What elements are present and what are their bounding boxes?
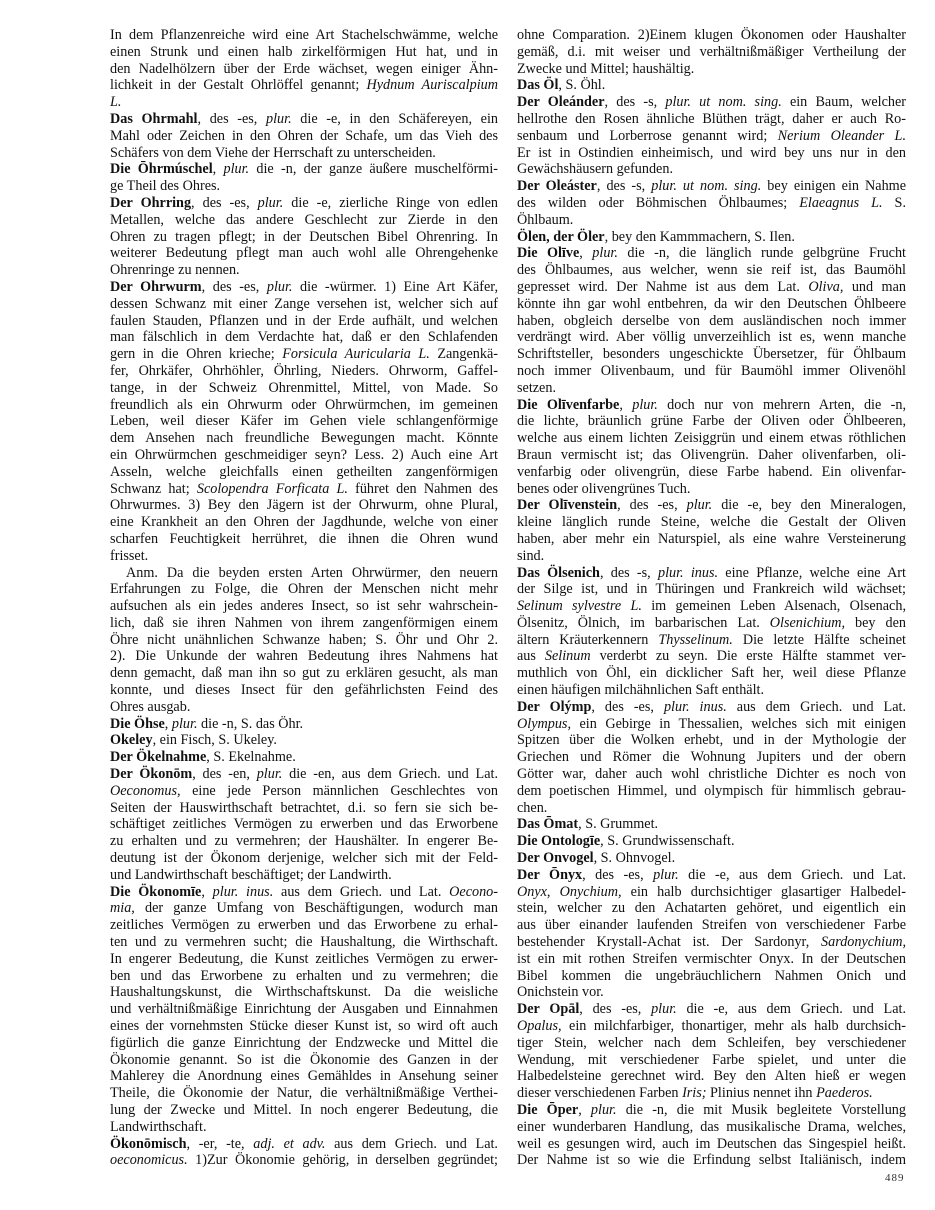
right-column: ohne Comparation. 2)Einem klugen Ökonome… bbox=[517, 27, 906, 1169]
text-line: ältern Kräuterkennern Thysselinum. Die l… bbox=[517, 632, 906, 649]
body-text: Landwirthschaft. bbox=[110, 1119, 207, 1135]
text-line: Der Ohrring, des -es, plur. die -e, zier… bbox=[110, 195, 498, 212]
body-text: In dem Pflanzenreiche wird eine Art Stac… bbox=[110, 27, 498, 43]
body-text: Ohrenringe zu nennen. bbox=[110, 262, 240, 278]
body-text: einen häufigen milchähnlichen Saft enthä… bbox=[517, 682, 764, 698]
body-text: aus bbox=[517, 648, 545, 664]
body-text: , des -es, bbox=[617, 497, 686, 513]
text-line: gepresset wird. Der Nahme ist aus dem La… bbox=[517, 279, 906, 296]
body-text: die -n, die mit Musik begleitete Vorstel… bbox=[617, 1102, 906, 1118]
body-text: , des -es, bbox=[191, 195, 258, 211]
body-text: des Öhlbaumes, aus welcher, wenn sie rei… bbox=[517, 262, 906, 278]
text-line: verdrängt wird. Aber völlig unverzeihlic… bbox=[517, 329, 906, 346]
body-text: , bbox=[213, 161, 224, 177]
body-text: Seiten der Hauswirthschaft betrachtet, d… bbox=[110, 800, 498, 816]
text-line: könnte ihn gar wohl entbehren, da wir de… bbox=[517, 296, 906, 313]
dictionary-entry: Der Olīvenstein, des -es, plur. die -e, … bbox=[517, 497, 906, 564]
text-line: und verhältnißmäßige Einrichtung der Aus… bbox=[110, 1001, 498, 1018]
headword: Der Ökelnahme bbox=[110, 749, 206, 765]
body-text: ein milchfarbiger, thonartiger, mehr als… bbox=[562, 1018, 906, 1034]
text-line: Ohren zu tragen pflegt; in der Deutschen… bbox=[110, 229, 498, 246]
italic-text: plur. bbox=[632, 397, 658, 413]
italic-text: Hydnum Auriscalpium bbox=[367, 77, 498, 93]
body-text: man fälschlich in dem Verdachte hat, daß… bbox=[110, 329, 498, 345]
headword: Die Ontologīe bbox=[517, 833, 600, 849]
text-line: Öhlbaum. bbox=[517, 212, 906, 229]
text-line: Onichstein vor. bbox=[517, 984, 906, 1001]
text-line: Opalus, ein milchfarbiger, thonartiger, … bbox=[517, 1018, 906, 1035]
body-text: Wendung, mit verschiedener Farbe spielet… bbox=[517, 1052, 906, 1068]
body-text: , S. Ekelnahme. bbox=[206, 749, 295, 765]
body-text: deutung ist der Ökonom derjenige, welche… bbox=[110, 850, 498, 866]
text-line: ein Ohrwürmchen geschmeidiger seyn? Less… bbox=[110, 447, 498, 464]
text-line: aufsuchen als ein jedes anderes Insect, … bbox=[110, 598, 498, 615]
dictionary-entry: Die Olīvenfarbe, plur. doch nur von mehr… bbox=[517, 397, 906, 498]
body-text: gemäß, d.i. mit weiser und verhältnißmäß… bbox=[517, 44, 906, 60]
text-line: sind. bbox=[517, 548, 906, 565]
body-text: und Landwirthschaft beschäftiget; der La… bbox=[110, 867, 392, 883]
text-line: Ohres ausgab. bbox=[110, 699, 498, 716]
text-line: aus über einander laufenden Streifen von… bbox=[517, 917, 906, 934]
dictionary-entry: Ökonōmisch, -er, -te, adj. et adv. aus d… bbox=[110, 1136, 498, 1170]
text-line: einen häufigen milchähnlichen Saft enthä… bbox=[517, 682, 906, 699]
body-text: Zwecke und Mittel; haushältig. bbox=[517, 61, 694, 77]
text-line: tiger Stein, welcher nach dem Schleifen,… bbox=[517, 1035, 906, 1052]
italic-text: L. bbox=[110, 94, 121, 110]
text-line: Seiten der Hauswirthschaft betrachtet, d… bbox=[110, 800, 498, 817]
body-text: Götter war, daher auch wohl christliche … bbox=[517, 766, 906, 782]
italic-text: adj. et adv. bbox=[253, 1136, 325, 1152]
body-text: die -e, in den Schäfereyen, ein bbox=[292, 111, 498, 127]
text-line: Der Ökelnahme, S. Ekelnahme. bbox=[110, 749, 498, 766]
text-line: zeitliches Vermögen zu erwerben und das … bbox=[110, 917, 498, 934]
text-line: benes oder olivengrünes Tuch. bbox=[517, 481, 906, 498]
body-text: bey den bbox=[845, 615, 906, 631]
body-text: frisset. bbox=[110, 548, 148, 564]
body-text: konnte, und dieses Insect für den gefähr… bbox=[110, 682, 498, 698]
text-line: und Landwirthschaft beschäftiget; der La… bbox=[110, 867, 498, 884]
text-line: mia, der ganze Umfang von Beschäftigunge… bbox=[110, 900, 498, 917]
body-text: ein Gebirge in Thessalien, welches sich … bbox=[571, 716, 906, 732]
text-line: Griechen und Römer die Wohnung Jupiters … bbox=[517, 749, 906, 766]
body-text: Schwanz hat; bbox=[110, 481, 197, 497]
italic-text: Oliva, bbox=[808, 279, 843, 295]
text-line: haben, aber mehr ein Naturspiel, als ein… bbox=[517, 531, 906, 548]
body-text: muthlich von Öhl, ein dicklicher Saft he… bbox=[517, 665, 906, 681]
body-text: tange, in der Schweiz Ohrenmittel, Mitte… bbox=[110, 380, 498, 396]
headword: Die Ökonomīe bbox=[110, 884, 201, 900]
body-text: den Nadelhölzern über der Erde wächset, … bbox=[110, 61, 498, 77]
dictionary-entry: Der Ohrwurm, des -es, plur. die -würmer.… bbox=[110, 279, 498, 565]
body-text: die -e, aus dem Griech. und Lat. bbox=[677, 1001, 906, 1017]
dictionary-entry: Der Ökelnahme, S. Ekelnahme. bbox=[110, 749, 498, 766]
body-text: Onichstein vor. bbox=[517, 984, 604, 1000]
italic-text: plur. bbox=[687, 497, 713, 513]
dictionary-entry: Der Olýmp, des -es, plur. inus. aus dem … bbox=[517, 699, 906, 817]
text-line: Mahlerey die Anordnung eines Gemähldes i… bbox=[110, 1068, 498, 1085]
headword: Die Ōhrmúschel bbox=[110, 161, 213, 177]
dictionary-entry: Die Ontologīe, S. Grundwissenschaft. bbox=[517, 833, 906, 850]
body-text: verderbt zu seyn. Die erste Hälfte stamm… bbox=[591, 648, 906, 664]
text-line: Oeconomus, eine jede Person männlichen G… bbox=[110, 783, 498, 800]
body-text: Asseln, welche gleichfalls einen getheil… bbox=[110, 464, 498, 480]
body-text: Metallen, welche das andere Geschlecht z… bbox=[110, 212, 498, 228]
text-line: In dem Pflanzenreiche wird eine Art Stac… bbox=[110, 27, 498, 44]
text-line: chen. bbox=[517, 800, 906, 817]
body-text: und verhältnißmäßige Einrichtung der Aus… bbox=[110, 1001, 498, 1017]
headword: Die Olīvenfarbe bbox=[517, 397, 619, 413]
body-text: haben, aber mehr ein Naturspiel, als ein… bbox=[517, 531, 906, 547]
body-text: aus dem Griech. und Lat. bbox=[273, 884, 449, 900]
text-line: Bibel kommen die ungebräuchlichern Nahme… bbox=[517, 968, 906, 985]
dictionary-entry: Der Onvogel, S. Ohnvogel. bbox=[517, 850, 906, 867]
text-line: lung der Zwecke und Mittel. In noch enge… bbox=[110, 1102, 498, 1119]
dictionary-entry: Der Oleánder, des -s, plur. ut nom. sing… bbox=[517, 94, 906, 178]
text-line: stein, welcher zu den Achatarten gehöret… bbox=[517, 900, 906, 917]
dictionary-entry: Die Ōper, plur. die -n, die mit Musik be… bbox=[517, 1102, 906, 1169]
body-text: die -e, aus dem Griech. und Lat. bbox=[679, 867, 906, 883]
body-text: und man bbox=[843, 279, 906, 295]
body-text: , des -es, bbox=[197, 111, 266, 127]
text-line: Wendung, mit verschiedener Farbe spielet… bbox=[517, 1052, 906, 1069]
italic-text: plur. bbox=[653, 867, 679, 883]
italic-text: plur. bbox=[258, 195, 284, 211]
text-line: Ölsenitz, Ölnich, im barbarischen Lat. O… bbox=[517, 615, 906, 632]
body-text: eine Pflanze, welche eine Art bbox=[718, 565, 906, 581]
body-text: verdrängt wird. Aber völlig unverzeihlic… bbox=[517, 329, 906, 345]
text-line: kleine länglich runde Steine, welche die… bbox=[517, 514, 906, 531]
left-column: In dem Pflanzenreiche wird eine Art Stac… bbox=[110, 27, 498, 1169]
text-line: Die Olīve, plur. die -n, die länglich ru… bbox=[517, 245, 906, 262]
dictionary-entry: Die Olīve, plur. die -n, die länglich ru… bbox=[517, 245, 906, 396]
text-line: Selinum sylvestre L. im gemeinen Leben A… bbox=[517, 598, 906, 615]
dictionary-entry: ohne Comparation. 2)Einem klugen Ökonome… bbox=[517, 27, 906, 77]
text-line: ge Theil des Ohres. bbox=[110, 178, 498, 195]
body-text: ben und das Erworbene zu erhalten und zu… bbox=[110, 968, 498, 984]
text-line: Erfahrungen zu Folge, die Ohren der Mens… bbox=[110, 581, 498, 598]
text-line: Götter war, daher auch wohl christliche … bbox=[517, 766, 906, 783]
headword: Der Oleánder bbox=[517, 94, 605, 110]
text-line: schäftiget zeitliches Vermögen zu erwerb… bbox=[110, 816, 498, 833]
body-text: fer, Ohrkäfer, Ohrhöhler, Öhrling, Niede… bbox=[110, 363, 498, 379]
text-line: Haushaltungskunst, die Wirthschaftskunst… bbox=[110, 984, 498, 1001]
dictionary-entry: In dem Pflanzenreiche wird eine Art Stac… bbox=[110, 27, 498, 111]
italic-text: Olympus, bbox=[517, 716, 571, 732]
text-line: Landwirthschaft. bbox=[110, 1119, 498, 1136]
body-text: , S. Ohnvogel. bbox=[594, 850, 676, 866]
headword: Die Ōper bbox=[517, 1102, 578, 1118]
headword: Der Ōnyx bbox=[517, 867, 582, 883]
italic-text: Oecono- bbox=[449, 884, 498, 900]
headword: Das Ohrmahl bbox=[110, 111, 197, 127]
text-line: aus Selinum verderbt zu seyn. Die erste … bbox=[517, 648, 906, 665]
headword: Ölen, der Öler bbox=[517, 229, 605, 245]
page-number: 489 bbox=[885, 1172, 905, 1184]
body-text: könnte ihn gar wohl entbehren, da wir de… bbox=[517, 296, 906, 312]
text-line: Die Olīvenfarbe, plur. doch nur von mehr… bbox=[517, 397, 906, 414]
body-text: doch nur von mehrern Arten, die -n, bbox=[658, 397, 906, 413]
body-text: Schäfers von dem Viehe der Herrschaft zu… bbox=[110, 145, 436, 161]
body-text: Bibel kommen die ungebräuchlichern Nahme… bbox=[517, 968, 906, 984]
text-line: Der Ohrwurm, des -es, plur. die -würmer.… bbox=[110, 279, 498, 296]
text-line: Öhre nicht unähnlichen Schwanze haben; S… bbox=[110, 632, 498, 649]
text-line: Der Opāl, des -es, plur. die -e, aus dem… bbox=[517, 1001, 906, 1018]
italic-text: Selinum bbox=[545, 648, 591, 664]
italic-text: plur. bbox=[591, 1102, 617, 1118]
body-text: die -n, S. das Öhr. bbox=[198, 716, 304, 732]
text-line: ben und das Erworbene zu erhalten und zu… bbox=[110, 968, 498, 985]
body-text: Öhlbaum. bbox=[517, 212, 573, 228]
body-text: , des -es, bbox=[579, 1001, 651, 1017]
body-text: aus dem Griech. und Lat. bbox=[325, 1136, 498, 1152]
text-line: Das Ohrmahl, des -es, plur. die -e, in d… bbox=[110, 111, 498, 128]
italic-text: plur. inus. bbox=[664, 699, 727, 715]
text-line: L. bbox=[110, 94, 498, 111]
text-line: ist ein mit rothen Streifen vermischter … bbox=[517, 951, 906, 968]
text-line: frisset. bbox=[110, 548, 498, 565]
text-line: dem Ansehen nach freundliche Bewegungen … bbox=[110, 430, 498, 447]
dictionary-entry: Der Ōnyx, des -es, plur. die -e, aus dem… bbox=[517, 867, 906, 1001]
body-text: führet den Nahmen des bbox=[348, 481, 498, 497]
headword: Der Oleáster bbox=[517, 178, 597, 194]
body-text: Gewächshäusern gefunden. bbox=[517, 161, 673, 177]
body-text: , des -en, bbox=[192, 766, 256, 782]
body-text: Halbedelsteine gerechnet wird. Bey den A… bbox=[517, 1068, 906, 1084]
text-line: weil es gesungen wird, auch im Deutschen… bbox=[517, 1136, 906, 1153]
body-text: zu erhalten und zu vermehren; der Haushä… bbox=[110, 833, 498, 849]
dictionary-entry: Der Opāl, des -es, plur. die -e, aus dem… bbox=[517, 1001, 906, 1102]
italic-text: Oeconomus, bbox=[110, 783, 181, 799]
body-text: eine jede Person männlichen Geschlechtes… bbox=[181, 783, 498, 799]
headword: Der Ohrring bbox=[110, 195, 191, 211]
text-line: Zwecke und Mittel; haushältig. bbox=[517, 61, 906, 78]
body-text: S. bbox=[883, 195, 906, 211]
body-text: , ein Fisch, S. Ukeley. bbox=[153, 732, 277, 748]
body-text: dem poetischen Himmel, und olympisch für… bbox=[517, 783, 906, 799]
dictionary-entry: Okeley, ein Fisch, S. Ukeley. bbox=[110, 732, 498, 749]
body-text: dieser verschiedenen Farben bbox=[517, 1085, 682, 1101]
text-line: denn gemacht, daß man ihn so gut zu erkl… bbox=[110, 665, 498, 682]
body-text: 2). Die Unkunde der wahren Bedeutung ihr… bbox=[110, 648, 498, 664]
body-text: Mahlerey die Anordnung eines Gemähldes i… bbox=[110, 1068, 498, 1084]
body-text: die -e, zierliche Ringe von edlen bbox=[283, 195, 498, 211]
body-text: lung der Zwecke und Mittel. In noch enge… bbox=[110, 1102, 498, 1118]
text-line: konnte, und dieses Insect für den gefähr… bbox=[110, 682, 498, 699]
body-text: bestehender Krystall-Achat ist. Der Sard… bbox=[517, 934, 821, 950]
text-line: des wilden oder Böhmischen Öhlbaumes; El… bbox=[517, 195, 906, 212]
italic-text: plur. ut nom. sing. bbox=[665, 94, 781, 110]
body-text: , bbox=[201, 884, 212, 900]
body-text: , des -es, bbox=[582, 867, 653, 883]
body-text: weiterer Bedeutung pflegt man auch wohl … bbox=[110, 245, 498, 261]
headword: Der Opāl bbox=[517, 1001, 579, 1017]
body-text: chen. bbox=[517, 800, 547, 816]
text-line: Okeley, ein Fisch, S. Ukeley. bbox=[110, 732, 498, 749]
body-text: , bbox=[579, 245, 592, 261]
body-text: einer wunderbaren Handlung, das musikali… bbox=[517, 1119, 906, 1135]
text-line: einer wunderbaren Handlung, das musikali… bbox=[517, 1119, 906, 1136]
body-text: stein, welcher zu den Achatarten gehöret… bbox=[517, 900, 906, 916]
body-text: Ohrwurmes. 3) Bey den Jägern ist der Ohr… bbox=[110, 497, 498, 513]
body-text: ist ein mit rothen Streifen vermischter … bbox=[517, 951, 906, 967]
text-line: Metallen, welche das andere Geschlecht z… bbox=[110, 212, 498, 229]
body-text: , des -es, bbox=[202, 279, 267, 295]
body-text: ohne Comparation. 2)Einem klugen Ökonome… bbox=[517, 27, 906, 43]
text-line: Gewächshäusern gefunden. bbox=[517, 161, 906, 178]
body-text: Leben, weil dieser Käfer im Gehen viele … bbox=[110, 413, 498, 429]
body-text: ältern Kräuterkennern bbox=[517, 632, 658, 648]
text-line: gern in die Ohren krieche; Forsicula Aur… bbox=[110, 346, 498, 363]
body-text: ge Theil des Ohres. bbox=[110, 178, 220, 194]
dictionary-entry: Das Ohrmahl, des -es, plur. die -e, in d… bbox=[110, 111, 498, 161]
body-text: , bbox=[165, 716, 172, 732]
text-line: Ohrwurmes. 3) Bey den Jägern ist der Ohr… bbox=[110, 497, 498, 514]
text-line: tange, in der Schweiz Ohrenmittel, Mitte… bbox=[110, 380, 498, 397]
italic-text: plur. inus. bbox=[658, 565, 718, 581]
text-line: dieser verschiedenen Farben Iris; Pliniu… bbox=[517, 1085, 906, 1102]
italic-text: plur. ut nom. sing. bbox=[651, 178, 761, 194]
text-line: venfarbig oder olivengrün, diese Farbe h… bbox=[517, 464, 906, 481]
text-line: Ölen, der Öler, bey den Kammmachern, S. … bbox=[517, 229, 906, 246]
headword: Der Onvogel bbox=[517, 850, 594, 866]
italic-text: plur. bbox=[592, 245, 618, 261]
text-line: Schäfers von dem Viehe der Herrschaft zu… bbox=[110, 145, 498, 162]
text-line: setzen. bbox=[517, 380, 906, 397]
dictionary-entry: Ölen, der Öler, bey den Kammmachern, S. … bbox=[517, 229, 906, 246]
text-line: Mahl oder Zeichen in den Ohren der Schaf… bbox=[110, 128, 498, 145]
dictionary-entry: Das Ōmat, S. Grummet. bbox=[517, 816, 906, 833]
dictionary-entry: Anm. Da die beyden ersten Arten Ohrwürme… bbox=[110, 565, 498, 716]
text-line: Der Ökonōm, des -en, plur. die -en, aus … bbox=[110, 766, 498, 783]
body-text: bey einigen ein Nahme bbox=[761, 178, 906, 194]
body-text: setzen. bbox=[517, 380, 556, 396]
text-line: lichkeit in der Gestalt Ohrlöffel genann… bbox=[110, 77, 498, 94]
body-text: eine Krankheit an den Ohren der Jagdhund… bbox=[110, 514, 498, 530]
text-line: Der Ōnyx, des -es, plur. die -e, aus dem… bbox=[517, 867, 906, 884]
body-text: die -en, aus dem Griech. und Lat. bbox=[282, 766, 498, 782]
text-line: Ökonōmisch, -er, -te, adj. et adv. aus d… bbox=[110, 1136, 498, 1153]
text-line: dessen Schwanz mit einer Zange versehen … bbox=[110, 296, 498, 313]
body-text: scharfen Feuchtigkeit herrühret, die ihn… bbox=[110, 531, 498, 547]
body-text: , S. Grummet. bbox=[578, 816, 658, 832]
headword: Die Olīve bbox=[517, 245, 579, 261]
body-text: Die letzte Hälfte scheinet bbox=[733, 632, 906, 648]
italic-text: Forsicula Auricularia L. bbox=[282, 346, 430, 362]
body-text: aufsuchen als ein jedes anderes Insect, … bbox=[110, 598, 498, 614]
body-text: eines der vornehmsten Stücke dieser Kuns… bbox=[110, 1018, 498, 1034]
headword: Das Ōmat bbox=[517, 816, 578, 832]
text-line: oeconomicus. 1)Zur Ökonomie gehörig, in … bbox=[110, 1152, 498, 1169]
italic-text: plur. bbox=[172, 716, 198, 732]
body-text: gepresset wird. Der Nahme ist aus dem La… bbox=[517, 279, 808, 295]
dictionary-entry: Der Oleáster, des -s, plur. ut nom. sing… bbox=[517, 178, 906, 228]
body-text: benes oder olivengrünes Tuch. bbox=[517, 481, 690, 497]
body-text: 1)Zur Ökonomie gehörig, in derselben geg… bbox=[188, 1152, 498, 1168]
body-text: welche aus einem lichten Zeisiggrün und … bbox=[517, 430, 906, 446]
text-line: Halbedelsteine gerechnet wird. Bey den A… bbox=[517, 1068, 906, 1085]
body-text: des wilden oder Böhmischen Öhlbaumes; bbox=[517, 195, 799, 211]
body-text: die -n, der ganze äußere muschelförmi- bbox=[249, 161, 498, 177]
italic-text: Olsenichium, bbox=[770, 615, 845, 631]
text-line: scharfen Feuchtigkeit herrühret, die ihn… bbox=[110, 531, 498, 548]
italic-text: Selinum sylvestre L. bbox=[517, 598, 642, 614]
headword: Das Ölsenich bbox=[517, 565, 600, 581]
italic-text: Thysselinum. bbox=[658, 632, 732, 648]
body-text: , des -s, bbox=[597, 178, 651, 194]
text-line: 2). Die Unkunde der wahren Bedeutung ihr… bbox=[110, 648, 498, 665]
body-text: senbaum und Lorberrose genannt wird; bbox=[517, 128, 778, 144]
body-text: Der Nahme ist so wie die Erfindung selbs… bbox=[517, 1152, 906, 1168]
dictionary-entry: Die Ökonomīe, plur. inus. aus dem Griech… bbox=[110, 884, 498, 1136]
body-text: schäftiget zeitliches Vermögen zu erwerb… bbox=[110, 816, 498, 832]
text-line: Das Ōmat, S. Grummet. bbox=[517, 816, 906, 833]
italic-text: mia, bbox=[110, 900, 135, 916]
text-line: noch immer Olivenbaum, und für Baumöhl i… bbox=[517, 363, 906, 380]
body-text: Plinius nennet ihn bbox=[707, 1085, 817, 1101]
italic-text: plur. bbox=[223, 161, 249, 177]
text-line: die lichte, bräunlich grüne Farbe der Ol… bbox=[517, 413, 906, 430]
body-text: freundlich als ein Ohrwurm oder Ohrwürmc… bbox=[110, 397, 498, 413]
text-line: Schwanz hat; Scolopendra Forficata L. fü… bbox=[110, 481, 498, 498]
body-text: denn gemacht, daß man ihn so gut zu erkl… bbox=[110, 665, 498, 681]
headword: Ökonōmisch bbox=[110, 1136, 186, 1152]
body-text: figürlich die ganze Einrichtung der Endz… bbox=[110, 1035, 498, 1051]
text-line: Der Olýmp, des -es, plur. inus. aus dem … bbox=[517, 699, 906, 716]
italic-text: plur. bbox=[257, 766, 283, 782]
body-text: Er ist in Ostindien einheimisch, und wir… bbox=[517, 145, 906, 161]
body-text: einen Strunk und einen halb zirkelförmig… bbox=[110, 44, 498, 60]
dictionary-entry: Der Ohrring, des -es, plur. die -e, zier… bbox=[110, 195, 498, 279]
body-text: Zangenkä- bbox=[430, 346, 498, 362]
text-line: welche aus einem lichten Zeisiggrün und … bbox=[517, 430, 906, 447]
body-text: , des -s, bbox=[600, 565, 658, 581]
body-text: die -würmer. 1) Eine Art Käfer, bbox=[292, 279, 498, 295]
body-text: ein Baum, welcher bbox=[782, 94, 906, 110]
dictionary-entry: Das Öl, S. Öhl. bbox=[517, 77, 906, 94]
text-line: hellrothe den Rosen ähnliche Blüthen trä… bbox=[517, 111, 906, 128]
body-text: gern in die Ohren krieche; bbox=[110, 346, 282, 362]
headword: Der Olýmp bbox=[517, 699, 591, 715]
body-text: noch immer Olivenbaum, und für Baumöhl i… bbox=[517, 363, 906, 379]
text-line: Der Oleánder, des -s, plur. ut nom. sing… bbox=[517, 94, 906, 111]
text-line: Theile, die Ökonomie der Natur, die verh… bbox=[110, 1085, 498, 1102]
body-text: ten und zu vermehren sucht; die Haushalt… bbox=[110, 934, 498, 950]
text-line: ten und zu vermehren sucht; die Haushalt… bbox=[110, 934, 498, 951]
text-line: der Silge ist, und in Thüringen und Fran… bbox=[517, 581, 906, 598]
text-line: muthlich von Öhl, ein dicklicher Saft he… bbox=[517, 665, 906, 682]
italic-text: oeconomicus. bbox=[110, 1152, 188, 1168]
body-text: tiger Stein, welcher nach dem Schleifen,… bbox=[517, 1035, 906, 1051]
body-text: Ohren zu tragen pflegt; in der Deutschen… bbox=[110, 229, 498, 245]
headword: Der Ohrwurm bbox=[110, 279, 202, 295]
body-text: Theile, die Ökonomie der Natur, die verh… bbox=[110, 1085, 498, 1101]
text-line: eines der vornehmsten Stücke dieser Kuns… bbox=[110, 1018, 498, 1035]
body-text: Griechen und Römer die Wohnung Jupiters … bbox=[517, 749, 906, 765]
body-text: , S. Öhl. bbox=[558, 77, 605, 93]
text-line: zu erhalten und zu vermehren; der Haushä… bbox=[110, 833, 498, 850]
text-line: freundlich als ein Ohrwurm oder Ohrwürmc… bbox=[110, 397, 498, 414]
text-line: Der Nahme ist so wie die Erfindung selbs… bbox=[517, 1152, 906, 1169]
body-text: kleine länglich runde Steine, welche die… bbox=[517, 514, 906, 530]
body-text: , -er, -te, bbox=[186, 1136, 253, 1152]
body-text: die -n, die länglich runde gelbgrüne Fru… bbox=[618, 245, 906, 261]
text-line: deutung ist der Ökonom derjenige, welche… bbox=[110, 850, 498, 867]
body-text: die lichte, bräunlich grüne Farbe der Ol… bbox=[517, 413, 906, 429]
italic-text: Iris; bbox=[682, 1085, 706, 1101]
text-line: fer, Ohrkäfer, Ohrhöhler, Öhrling, Niede… bbox=[110, 363, 498, 380]
italic-text: plur. bbox=[651, 1001, 677, 1017]
text-line: haben, obgleich derselbe von dem ausländ… bbox=[517, 313, 906, 330]
